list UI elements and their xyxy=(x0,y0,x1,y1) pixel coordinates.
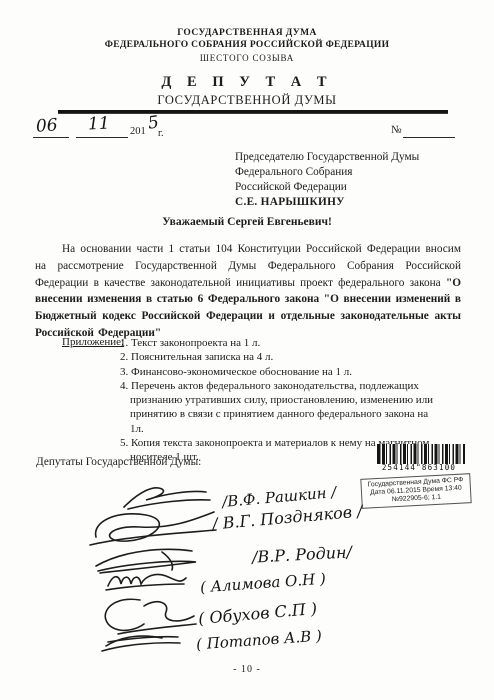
registration-stamp: Государственная Дума ФС РФ Дата 06.11.20… xyxy=(360,473,471,509)
barcode-digits: 254144"863100 xyxy=(373,463,465,472)
signature-name-obukhov: ( Обухов С.П ) xyxy=(197,599,317,628)
attachment-item: 3. Финансово-экономическое обоснование н… xyxy=(120,365,440,379)
attachments-label: Приложение: xyxy=(62,336,124,348)
signature-stroke-potapov xyxy=(100,630,182,656)
addressee-block: Председателю Государственной Думы Федера… xyxy=(235,150,419,210)
attachment-item-continuation: признанию утративших силу, приостановлен… xyxy=(120,393,440,407)
date-month-underline xyxy=(76,137,128,138)
signature-name-potapov: ( Потапов А.В ) xyxy=(196,627,323,654)
letterhead: ГОСУДАРСТВЕННАЯ ДУМА ФЕДЕРАЛЬНОГО СОБРАН… xyxy=(0,28,494,108)
attachment-item-continuation: принятию в связи с принятием данного фед… xyxy=(120,407,440,436)
org-name-line2: ФЕДЕРАЛЬНОГО СОБРАНИЯ РОССИЙСКОЙ ФЕДЕРАЦ… xyxy=(0,40,494,50)
addressee-line1: Председателю Государственной Думы xyxy=(235,150,419,165)
signature-stroke-alimova xyxy=(104,566,189,594)
date-year-printed: 201 xyxy=(130,126,146,137)
attachment-item: 4. Перечень актов федерального законодат… xyxy=(120,379,440,393)
salutation: Уважаемый Сергей Евгеньевич! xyxy=(0,216,494,228)
document-number-underline xyxy=(403,137,455,138)
deputies-label: Депутаты Государственной Думы: xyxy=(36,456,201,468)
signature-name-alimova: ( Алимова О.Н ) xyxy=(200,570,327,597)
letterhead-title: Д Е П У Т А Т xyxy=(0,74,494,91)
attachment-item: 2. Пояснительная записка на 4 л. xyxy=(120,350,440,364)
body-intro: На основании части 1 статьи 104 Конститу… xyxy=(35,243,461,289)
addressee-name: С.Е. НАРЫШКИНУ xyxy=(235,195,419,210)
letterhead-divider xyxy=(58,110,448,114)
attachment-item: 1. Текст законопроекта на 1 л. xyxy=(120,336,440,350)
addressee-line2: Федерального Собрания xyxy=(235,165,419,180)
date-day-underline xyxy=(33,137,69,138)
date-year-suffix: г. xyxy=(158,128,163,139)
letterhead-subtitle: ГОСУДАРСТВЕННОЙ ДУМЫ xyxy=(0,93,494,108)
page-number: - 10 - xyxy=(0,664,494,675)
org-name-line1: ГОСУДАРСТВЕННАЯ ДУМА xyxy=(0,28,494,38)
signature-name-rodin: /В.Р. Родин/ xyxy=(252,542,353,566)
date-month-handwritten: 11 xyxy=(87,113,110,134)
registration-barcode xyxy=(377,444,465,464)
body-paragraph: На основании части 1 статьи 104 Конститу… xyxy=(35,241,461,342)
org-name-line3: ШЕСТОГО СОЗЫВА xyxy=(0,53,494,63)
addressee-line3: Российской Федерации xyxy=(235,180,419,195)
document-page: ГОСУДАРСТВЕННАЯ ДУМА ФЕДЕРАЛЬНОГО СОБРАН… xyxy=(0,0,494,700)
document-number-label: № xyxy=(391,124,402,136)
date-day-handwritten: 06 xyxy=(35,115,58,136)
